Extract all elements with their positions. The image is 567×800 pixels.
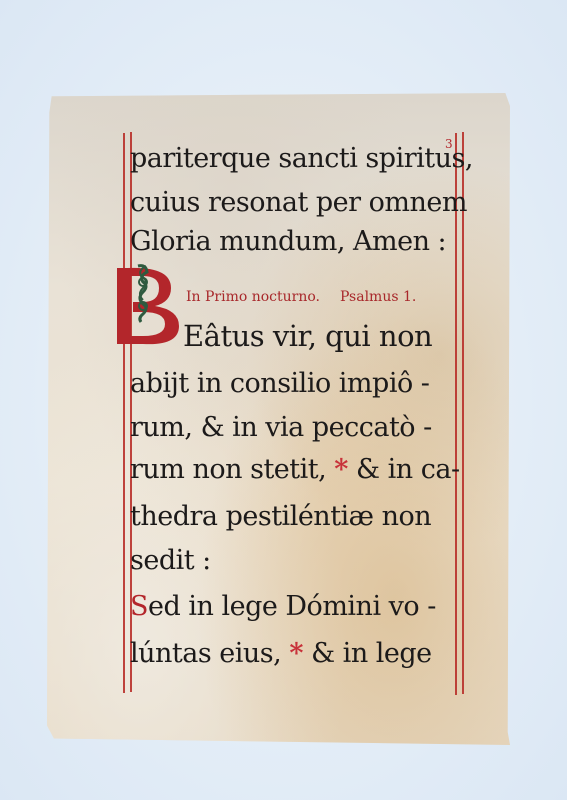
red-asterisk-2: * xyxy=(289,638,303,669)
psalm-line-4: rum non stetit, * & in ca- xyxy=(130,456,460,483)
rubric-psalm-number: Psalmus 1. xyxy=(340,289,416,305)
psalm-line-8-tail: & in lege xyxy=(311,638,432,669)
initial-b-ornament-icon xyxy=(113,262,183,352)
psalm-line-7-text: ed in lege Dómini vo - xyxy=(148,591,436,622)
photo-stage: 3 pariterque sancti spiritus, cuius reso… xyxy=(0,0,567,800)
psalm-line-4-tail: & in ca- xyxy=(356,454,460,485)
psalm-line-1: Eâtus vir, qui non xyxy=(183,322,432,351)
psalm-line-8-text: lúntas eius, xyxy=(130,638,281,669)
rubric-nocturn: In Primo nocturno. xyxy=(186,289,320,305)
psalm-line-3: rum, & in via peccatò - xyxy=(130,414,432,441)
text-line-1: pariterque sancti spiritus, xyxy=(130,145,473,172)
psalm-line-7: Sed in lege Dómini vo - xyxy=(130,593,436,620)
illuminated-initial-b xyxy=(113,262,183,352)
psalm-line-6: sedit : xyxy=(130,547,211,574)
text-line-2: cuius resonat per omnem xyxy=(130,189,467,216)
psalm-line-2: abijt in consilio impiô - xyxy=(130,370,429,397)
red-capital-s: S xyxy=(130,591,148,622)
psalm-line-8: lúntas eius, * & in lege xyxy=(130,640,432,667)
red-asterisk-1: * xyxy=(334,454,348,485)
red-ruling-line-left-outer xyxy=(123,133,125,693)
psalm-line-5: thedra pestiléntiæ non xyxy=(130,503,431,530)
text-line-3: Gloria mundum, Amen : xyxy=(130,228,446,255)
psalm-line-4-text: rum non stetit, xyxy=(130,454,326,485)
